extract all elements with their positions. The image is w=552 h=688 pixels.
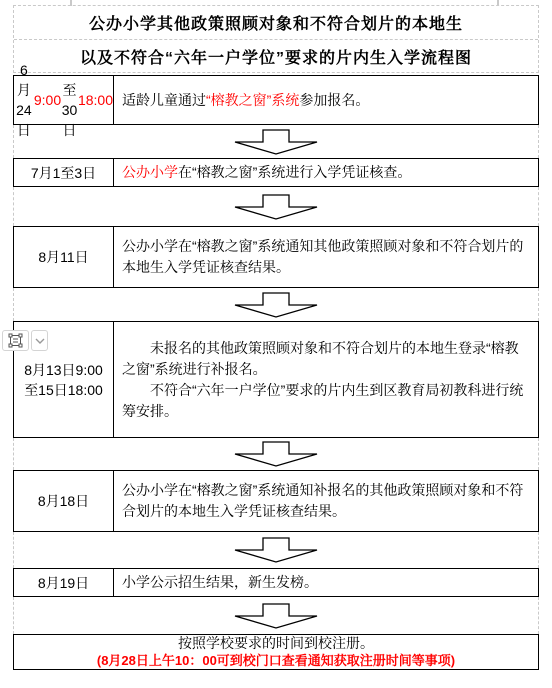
arrow-zone-1 (13, 125, 539, 158)
final-step-row: 按照学校要求的时间到校注册。 (8月28日上午10：00可到校门口查看通知获取注… (13, 634, 539, 670)
down-arrow-icon[interactable] (234, 441, 318, 467)
step-row-6: 8月19日 小学公示招生结果，新生发榜。 (13, 568, 539, 597)
step-1-content-text: 适龄儿童通过“榕教之窗”系统参加报名。 (122, 90, 530, 111)
step-row-2: 7月1至3日 公办小学在“榕教之窗”系统进行入学凭证核查。 (13, 158, 539, 187)
step-1-content: 适龄儿童通过“榕教之窗”系统参加报名。 (114, 76, 538, 124)
flowchart-table: 公办小学其他政策照顾对象和不符合划片的本地生 以及不符合“六年一户学位”要求的片… (13, 5, 539, 670)
down-arrow-icon[interactable] (234, 537, 318, 563)
toolbar-dropdown-button[interactable] (31, 330, 48, 351)
step-3-content: 公办小学在“榕教之窗”系统通知其他政策照顾对象和不符合划片的本地生入学凭证核查结… (114, 227, 538, 287)
step-2-content-text: 公办小学在“榕教之窗”系统进行入学凭证核查。 (122, 162, 530, 183)
arrow-zone-5 (13, 532, 539, 568)
arrow-zone-6 (13, 597, 539, 634)
final-step-line2: (8月28日上午10：00可到校门口查看通知获取注册时间等事项) (14, 652, 538, 669)
step-5-content-text: 公办小学在“榕教之窗”系统通知补报名的其他政策照顾对象和不符合划片的本地生入学凭… (122, 480, 530, 522)
down-arrow-icon[interactable] (234, 194, 318, 220)
step-4-content: 未报名的其他政策照顾对象和不符合划片的本地生登录“榕教之窗”系统进行补报名。 不… (114, 322, 538, 437)
step-2-date: 7月1至3日 (14, 159, 114, 186)
down-arrow-icon[interactable] (234, 292, 318, 318)
flow-title-line2: 以及不符合“六年一户学位”要求的片内生入学流程图 (14, 39, 538, 72)
step-1-date: 6月24日9:00 至30日18:00 (14, 76, 114, 124)
step-row-3: 8月11日 公办小学在“榕教之窗”系统通知其他政策照顾对象和不符合划片的本地生入… (13, 226, 539, 288)
final-step-line1: 按照学校要求的时间到校注册。 (14, 635, 538, 652)
arrow-zone-4 (13, 438, 539, 470)
step-6-content-text: 小学公示招生结果，新生发榜。 (122, 572, 530, 593)
step-2-content: 公办小学在“榕教之窗”系统进行入学凭证核查。 (114, 159, 538, 186)
step-5-date: 8月18日 (14, 471, 114, 531)
step-5-content: 公办小学在“榕教之窗”系统通知补报名的其他政策照顾对象和不符合划片的本地生入学凭… (114, 471, 538, 531)
down-arrow-icon[interactable] (234, 129, 318, 155)
title-block: 公办小学其他政策照顾对象和不符合划片的本地生 以及不符合“六年一户学位”要求的片… (13, 5, 539, 73)
step-3-date: 8月11日 (14, 227, 114, 287)
step-3-content-text: 公办小学在“榕教之窗”系统通知其他政策照顾对象和不符合划片的本地生入学凭证核查结… (122, 236, 530, 278)
select-table-button[interactable] (2, 330, 29, 351)
step-row-1: 6月24日9:00 至30日18:00 适龄儿童通过“榕教之窗”系统参加报名。 (13, 75, 539, 125)
step-row-5: 8月18日 公办小学在“榕教之窗”系统通知补报名的其他政策照顾对象和不符合划片的… (13, 470, 539, 532)
arrow-zone-2 (13, 187, 539, 226)
table-select-icon (8, 333, 23, 348)
step-4-paragraph-1: 未报名的其他政策照顾对象和不符合划片的本地生登录“榕教之窗”系统进行补报名。 (122, 338, 530, 380)
step-row-4: 8月13日9:00 至15日18:00 未报名的其他政策照顾对象和不符合划片的本… (13, 321, 539, 438)
step-6-content: 小学公示招生结果，新生发榜。 (114, 569, 538, 596)
step-6-date: 8月19日 (14, 569, 114, 596)
arrow-zone-3 (13, 288, 539, 321)
step-4-paragraph-2: 不符合“六年一户学位”要求的片内生到区教育局初教科进行统筹安排。 (122, 380, 530, 422)
floating-table-toolbar (2, 330, 48, 351)
flow-title-line1: 公办小学其他政策照顾对象和不符合划片的本地生 (14, 6, 538, 39)
down-arrow-icon[interactable] (234, 603, 318, 629)
chevron-down-icon (35, 338, 45, 344)
